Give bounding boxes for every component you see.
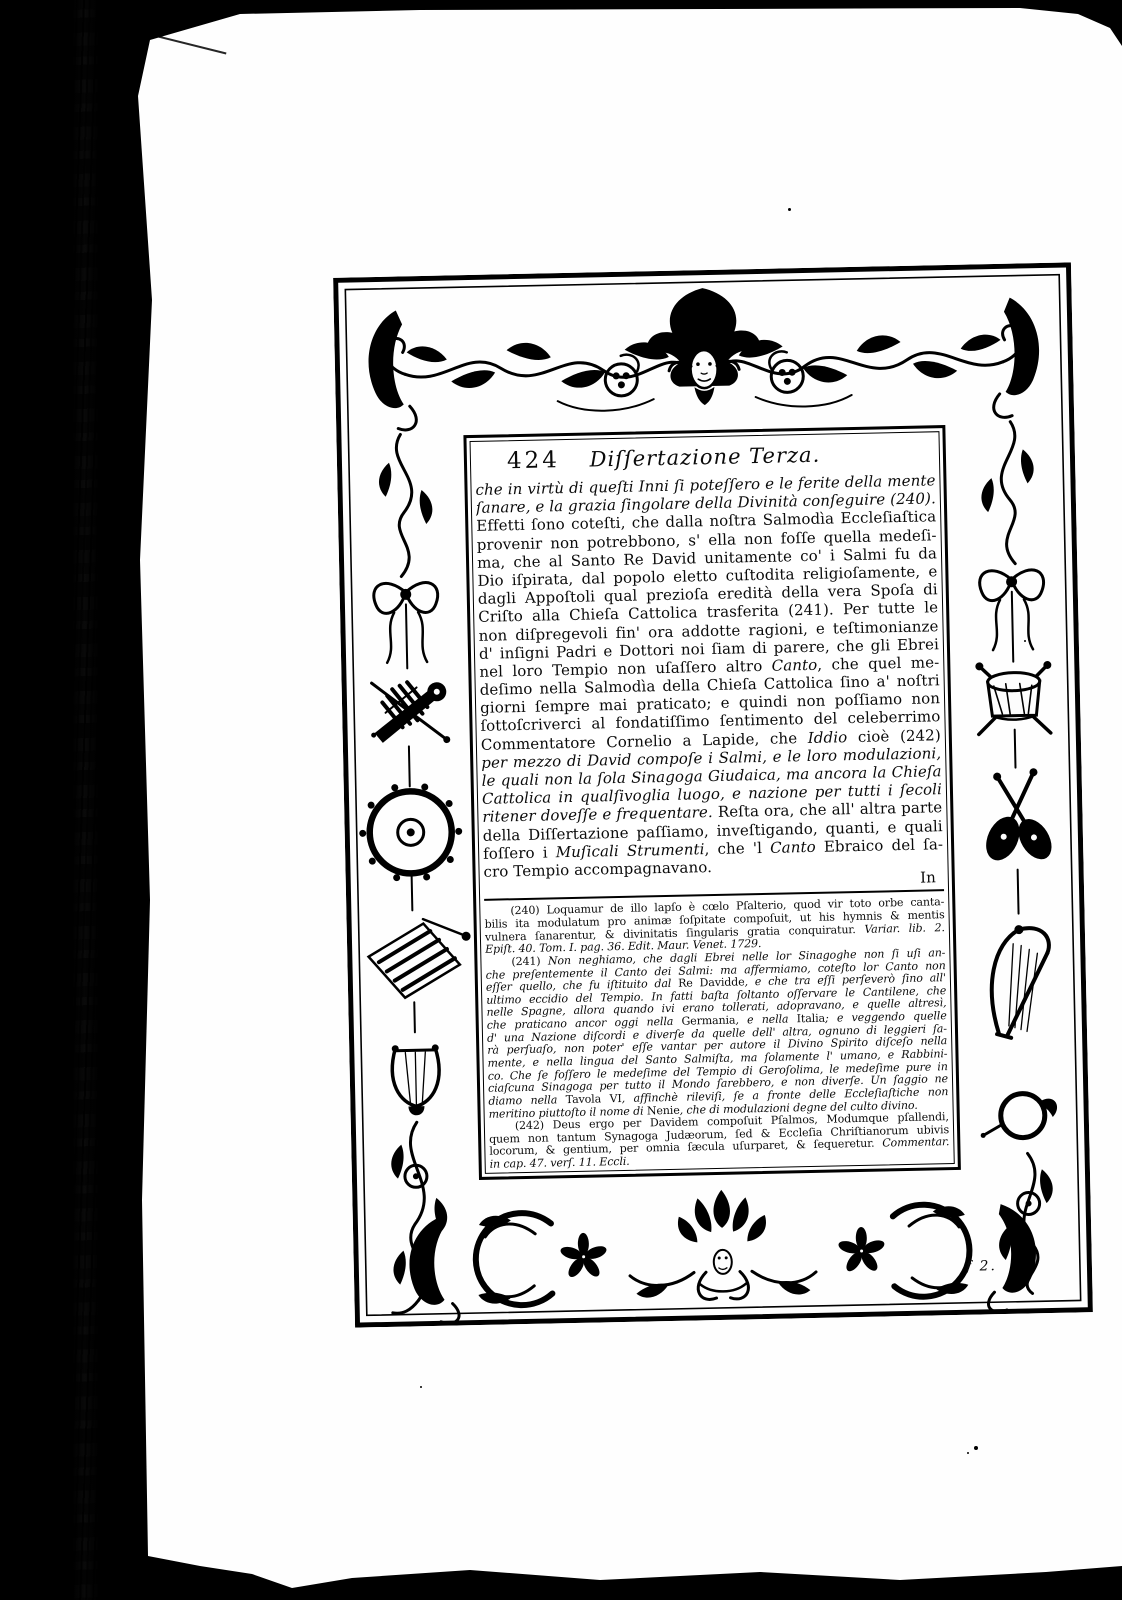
ornament-top-border — [367, 281, 1040, 431]
palmette-mask-icon — [677, 1189, 767, 1300]
footnote-241: (241) Non neghiamo, che dagli Ebrei nell… — [485, 947, 948, 1121]
ink-speck — [967, 1452, 969, 1454]
footnotes: (240) Loquamur de illo lapſo è cœlo Pſal… — [484, 896, 949, 1171]
torn-left-edge — [44, 0, 132, 1600]
lyre-icon — [392, 1044, 440, 1115]
tambourine-icon — [358, 783, 463, 882]
ink-speck — [974, 1446, 978, 1450]
harp-icon — [990, 925, 1050, 1039]
ornament-right-border — [966, 421, 1068, 1295]
chime-bars-icon — [367, 902, 481, 1003]
horn-trophy-icon — [370, 676, 450, 745]
footnote-242: (242) Deus ergo per Davidem compoſuit Pſ… — [489, 1111, 950, 1171]
drum-trophy-icon — [975, 661, 1052, 735]
lute-trophy-icon — [978, 762, 1059, 867]
main-text: che in virtù di queſti Inni ſi poteſſero… — [475, 471, 943, 881]
ink-speck — [420, 1386, 422, 1388]
hunting-horn-icon — [980, 1093, 1058, 1139]
ornamental-frame: 424 Diſſertazione Terza. che in virtù di… — [333, 262, 1093, 1327]
scanned-book-page: 424 Diſſertazione Terza. che in virtù di… — [0, 0, 1122, 1600]
page-number: 424 — [507, 447, 560, 474]
signature-mark: f 2. — [966, 1258, 997, 1275]
ink-speck — [788, 208, 791, 211]
mask-face-icon — [646, 287, 762, 406]
text-panel: 424 Diſſertazione Terza. che in virtù di… — [463, 425, 960, 1180]
